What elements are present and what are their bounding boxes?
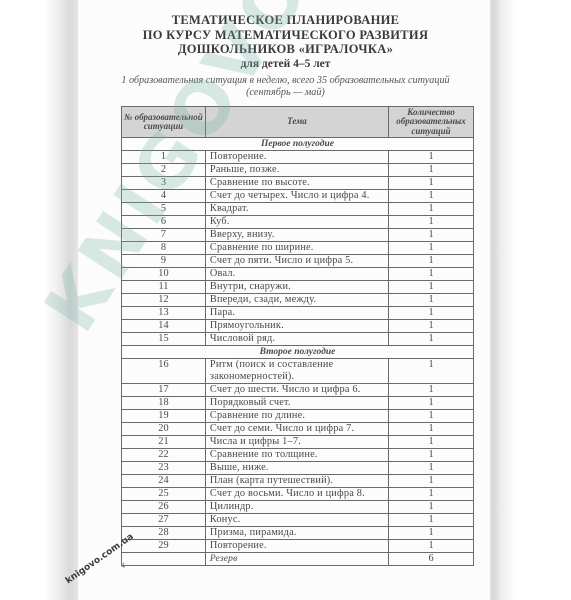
situation-count: 1 (389, 527, 474, 540)
table-row: 13Пара.1 (122, 307, 474, 320)
situation-count: 1 (389, 203, 474, 216)
table-row: 25Счет до восьми. Число и цифра 8.1 (122, 488, 474, 501)
situation-number: 29 (122, 540, 206, 553)
table-row: 9Счет до пяти. Число и цифра 5.1 (122, 255, 474, 268)
situation-count: 1 (389, 410, 474, 423)
reserve-count: 6 (389, 553, 474, 566)
table-row: 22Сравнение по толщине.1 (122, 449, 474, 462)
table-row: 24План (карта путешествий).1 (122, 475, 474, 488)
reserve-number (122, 553, 206, 566)
situation-topic: Счет до четырех. Число и цифра 4. (205, 190, 388, 203)
situation-number: 24 (122, 475, 206, 488)
situation-topic: Числа и цифры 1–7. (205, 436, 388, 449)
section-title: Второе полугодие (122, 346, 474, 359)
situation-count: 1 (389, 216, 474, 229)
situation-number: 10 (122, 268, 206, 281)
situation-count: 1 (389, 151, 474, 164)
situation-number: 21 (122, 436, 206, 449)
situation-number: 18 (122, 397, 206, 410)
table-row: 18Порядковый счет.1 (122, 397, 474, 410)
document-title-line-3: ДОШКОЛЬНИКОВ «ИГРАЛОЧКА» (0, 42, 571, 57)
situation-number: 20 (122, 423, 206, 436)
section-header-row: Второе полугодие (122, 346, 474, 359)
situation-count: 1 (389, 540, 474, 553)
table-row: 19Сравнение по длине.1 (122, 410, 474, 423)
situation-number: 8 (122, 242, 206, 255)
situation-number: 13 (122, 307, 206, 320)
situation-topic: Сравнение по высоте. (205, 177, 388, 190)
situation-number: 15 (122, 333, 206, 346)
situation-count: 1 (389, 294, 474, 307)
situation-count: 1 (389, 190, 474, 203)
page-number: 4 (121, 561, 125, 570)
situation-count: 1 (389, 384, 474, 397)
table-row: 28Призма, пирамида.1 (122, 527, 474, 540)
document-subtitle: для детей 4–5 лет (0, 58, 571, 70)
header-number: № образовательной ситуации (122, 107, 206, 138)
situation-topic: Счет до шести. Число и цифра 6. (205, 384, 388, 397)
document-title-line-1: ТЕМАТИЧЕСКОЕ ПЛАНИРОВАНИЕ (0, 13, 571, 28)
situation-number: 14 (122, 320, 206, 333)
situation-topic: Цилиндр. (205, 501, 388, 514)
situation-count: 1 (389, 307, 474, 320)
situation-topic: Счет до семи. Число и цифра 7. (205, 423, 388, 436)
situation-number: 5 (122, 203, 206, 216)
situation-count: 1 (389, 359, 474, 384)
header-count: Количество образовательных ситуаций (389, 107, 474, 138)
table-row: 6Куб.1 (122, 216, 474, 229)
table-row: 12Впереди, сзади, между.1 (122, 294, 474, 307)
table-row: 11Внутри, снаружи.1 (122, 281, 474, 294)
schedule-note-line-2: (сентябрь — май) (0, 87, 571, 98)
situation-count: 1 (389, 436, 474, 449)
situation-number: 9 (122, 255, 206, 268)
situation-count: 1 (389, 229, 474, 242)
situation-topic: Овал. (205, 268, 388, 281)
table-row: 27Конус.1 (122, 514, 474, 527)
situation-count: 1 (389, 281, 474, 294)
situation-number: 16 (122, 359, 206, 384)
table-row: 23Выше, ниже.1 (122, 462, 474, 475)
table-row: 16Ритм (поиск и составление закономернос… (122, 359, 474, 384)
situation-topic: Внутри, снаружи. (205, 281, 388, 294)
situation-count: 1 (389, 397, 474, 410)
table-row: 4Счет до четырех. Число и цифра 4.1 (122, 190, 474, 203)
situation-topic: Выше, ниже. (205, 462, 388, 475)
situation-topic: Числовой ряд. (205, 333, 388, 346)
situation-count: 1 (389, 333, 474, 346)
table-row: 8Сравнение по ширине.1 (122, 242, 474, 255)
header-topic: Тема (205, 107, 388, 138)
situation-topic: Конус. (205, 514, 388, 527)
situation-count: 1 (389, 423, 474, 436)
situation-topic: Впереди, сзади, между. (205, 294, 388, 307)
table-row: 14Прямоугольник.1 (122, 320, 474, 333)
situation-count: 1 (389, 475, 474, 488)
situation-topic: Куб. (205, 216, 388, 229)
situation-topic: Сравнение по длине. (205, 410, 388, 423)
situation-count: 1 (389, 268, 474, 281)
situation-topic: Раньше, позже. (205, 164, 388, 177)
situation-count: 1 (389, 501, 474, 514)
situation-count: 1 (389, 488, 474, 501)
situation-number: 27 (122, 514, 206, 527)
section-title: Первое полугодие (122, 138, 474, 151)
situation-number: 19 (122, 410, 206, 423)
reserve-label: Резерв (205, 553, 388, 566)
section-header-row: Первое полугодие (122, 138, 474, 151)
situation-number: 26 (122, 501, 206, 514)
table-row: 10Овал.1 (122, 268, 474, 281)
table-row: 7Вверху, внизу.1 (122, 229, 474, 242)
situation-topic: План (карта путешествий). (205, 475, 388, 488)
situation-topic: Квадрат. (205, 203, 388, 216)
table-body: Первое полугодие1Повторение.12Раньше, по… (122, 138, 474, 566)
situation-number: 17 (122, 384, 206, 397)
situation-count: 1 (389, 514, 474, 527)
situation-number: 4 (122, 190, 206, 203)
situation-count: 1 (389, 449, 474, 462)
reserve-row: Резерв6 (122, 553, 474, 566)
table-row: 2Раньше, позже.1 (122, 164, 474, 177)
situation-number: 23 (122, 462, 206, 475)
situation-topic: Сравнение по толщине. (205, 449, 388, 462)
situation-number: 22 (122, 449, 206, 462)
situation-number: 11 (122, 281, 206, 294)
situation-topic: Счет до восьми. Число и цифра 8. (205, 488, 388, 501)
situation-number: 7 (122, 229, 206, 242)
table-row: 17Счет до шести. Число и цифра 6.1 (122, 384, 474, 397)
table-row: 29Повторение.1 (122, 540, 474, 553)
situation-topic: Порядковый счет. (205, 397, 388, 410)
table-row: 3Сравнение по высоте.1 (122, 177, 474, 190)
situation-count: 1 (389, 177, 474, 190)
situation-count: 1 (389, 164, 474, 177)
situation-count: 1 (389, 255, 474, 268)
table-header-row: № образовательной ситуации Тема Количест… (122, 107, 474, 138)
table-row: 1Повторение.1 (122, 151, 474, 164)
situation-number: 25 (122, 488, 206, 501)
table-row: 20Счет до семи. Число и цифра 7.1 (122, 423, 474, 436)
table-row: 15Числовой ряд.1 (122, 333, 474, 346)
situation-number: 1 (122, 151, 206, 164)
situation-number: 3 (122, 177, 206, 190)
situation-number: 6 (122, 216, 206, 229)
situation-number: 2 (122, 164, 206, 177)
situation-topic: Вверху, внизу. (205, 229, 388, 242)
situation-topic: Прямоугольник. (205, 320, 388, 333)
thematic-plan-table: № образовательной ситуации Тема Количест… (121, 106, 474, 566)
situation-topic: Повторение. (205, 151, 388, 164)
situation-number: 12 (122, 294, 206, 307)
situation-topic: Счет до пяти. Число и цифра 5. (205, 255, 388, 268)
situation-topic: Сравнение по ширине. (205, 242, 388, 255)
schedule-note-line-1: 1 образовательная ситуация в неделю, все… (0, 75, 571, 86)
table-row: 26Цилиндр.1 (122, 501, 474, 514)
situation-count: 1 (389, 242, 474, 255)
situation-topic: Повторение. (205, 540, 388, 553)
situation-topic: Ритм (поиск и составление закономерносте… (205, 359, 388, 384)
situation-count: 1 (389, 320, 474, 333)
table-row: 21Числа и цифры 1–7.1 (122, 436, 474, 449)
document-title-line-2: ПО КУРСУ МАТЕМАТИЧЕСКОГО РАЗВИТИЯ (0, 28, 571, 43)
situation-topic: Призма, пирамида. (205, 527, 388, 540)
situation-topic: Пара. (205, 307, 388, 320)
situation-count: 1 (389, 462, 474, 475)
table-row: 5Квадрат.1 (122, 203, 474, 216)
